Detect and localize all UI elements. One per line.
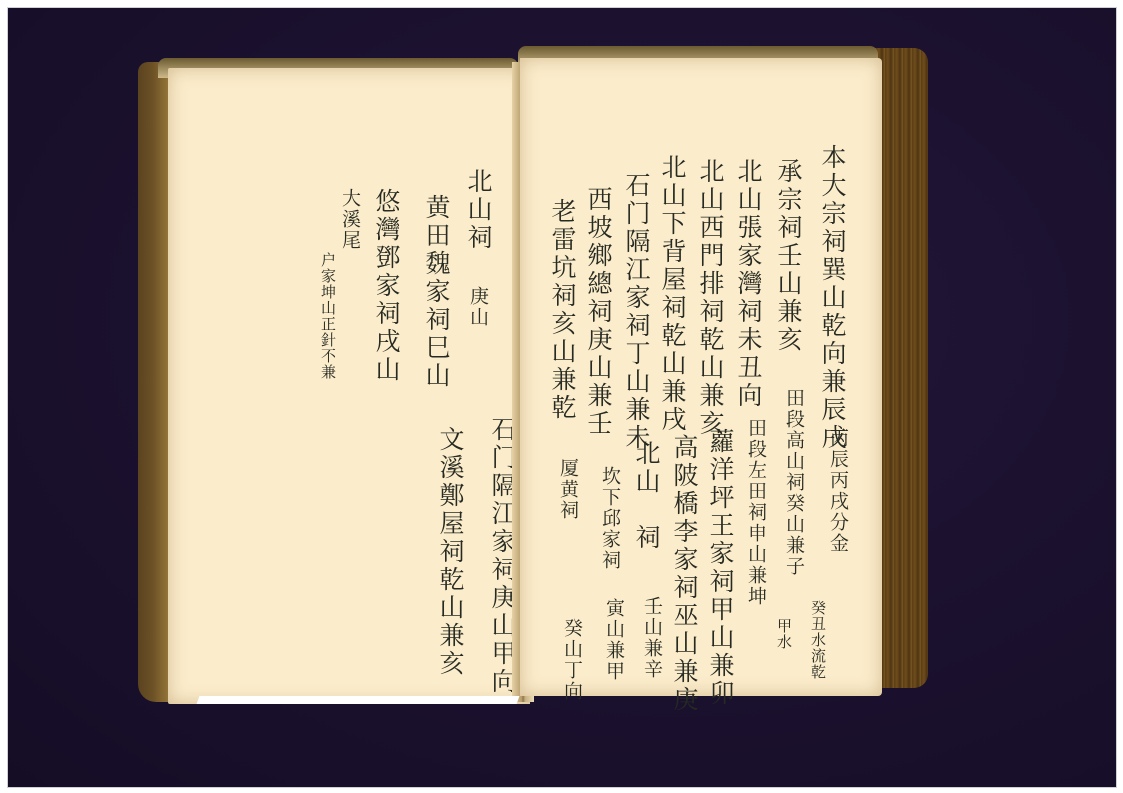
- text-column-note: 丙辰丙戌分金: [828, 428, 847, 554]
- text-column-note: 庚山: [468, 286, 487, 328]
- text-column: 坎下邱家祠: [600, 466, 619, 571]
- text-column: 寅山兼甲: [604, 598, 623, 682]
- text-column: 田段高山祠癸山兼子: [784, 388, 803, 577]
- text-column: 田段左田祠申山兼坤: [746, 418, 765, 607]
- text-column-note: 甲水: [776, 618, 791, 650]
- text-column: 承宗祠壬山兼亥: [776, 158, 801, 354]
- text-column-note: 户家坤山正針不兼: [320, 252, 335, 380]
- text-column-note: 癸丑水流乾: [810, 600, 825, 680]
- text-column: 黄田魏家祠巳山: [424, 194, 449, 390]
- text-column: 北山 祠: [634, 440, 659, 552]
- text-column: 北山祠: [466, 168, 491, 252]
- open-book: 石门隔江家祠庚山甲向 文溪鄭屋祠乾山兼亥 北山祠 庚山 黄田魏家祠巳山 悠灣鄧家…: [138, 46, 928, 706]
- text-column: 北山西門排祠乾山兼亥: [698, 158, 723, 438]
- text-column: 壬山兼辛: [642, 596, 661, 680]
- text-column: 蘿洋坪王家祠甲山兼卯: [708, 428, 733, 708]
- text-column: 癸山丁向: [562, 618, 581, 702]
- text-column: 老雷坑祠亥山兼乾: [550, 198, 575, 422]
- paper-scrap: [197, 696, 520, 704]
- text-column: 悠灣鄧家祠戌山: [374, 188, 399, 384]
- text-column: 本大宗祠巽山乾向兼辰戌: [820, 144, 845, 452]
- text-column: 高陂橋李家祠巫山兼庚: [672, 434, 697, 714]
- text-column: 石门隔江家祠丁山兼未: [624, 172, 649, 452]
- right-page: 本大宗祠巽山乾向兼辰戌 丙辰丙戌分金 承宗祠壬山兼亥 田段高山祠癸山兼子 癸丑水…: [520, 58, 882, 696]
- text-column: 西坡鄉總祠庚山兼壬: [586, 186, 611, 438]
- text-column: 文溪鄭屋祠乾山兼亥: [438, 426, 463, 678]
- left-page: 石门隔江家祠庚山甲向 文溪鄭屋祠乾山兼亥 北山祠 庚山 黄田魏家祠巳山 悠灣鄧家…: [168, 68, 530, 704]
- text-column: 北山下背屋祠乾山兼戌: [660, 154, 685, 434]
- text-column: 厦黄祠: [558, 458, 577, 521]
- text-column: 大溪尾: [340, 188, 359, 251]
- manuscript-photo: 石门隔江家祠庚山甲向 文溪鄭屋祠乾山兼亥 北山祠 庚山 黄田魏家祠巳山 悠灣鄧家…: [7, 7, 1117, 788]
- text-column: 北山張家灣祠未丑向: [736, 158, 761, 410]
